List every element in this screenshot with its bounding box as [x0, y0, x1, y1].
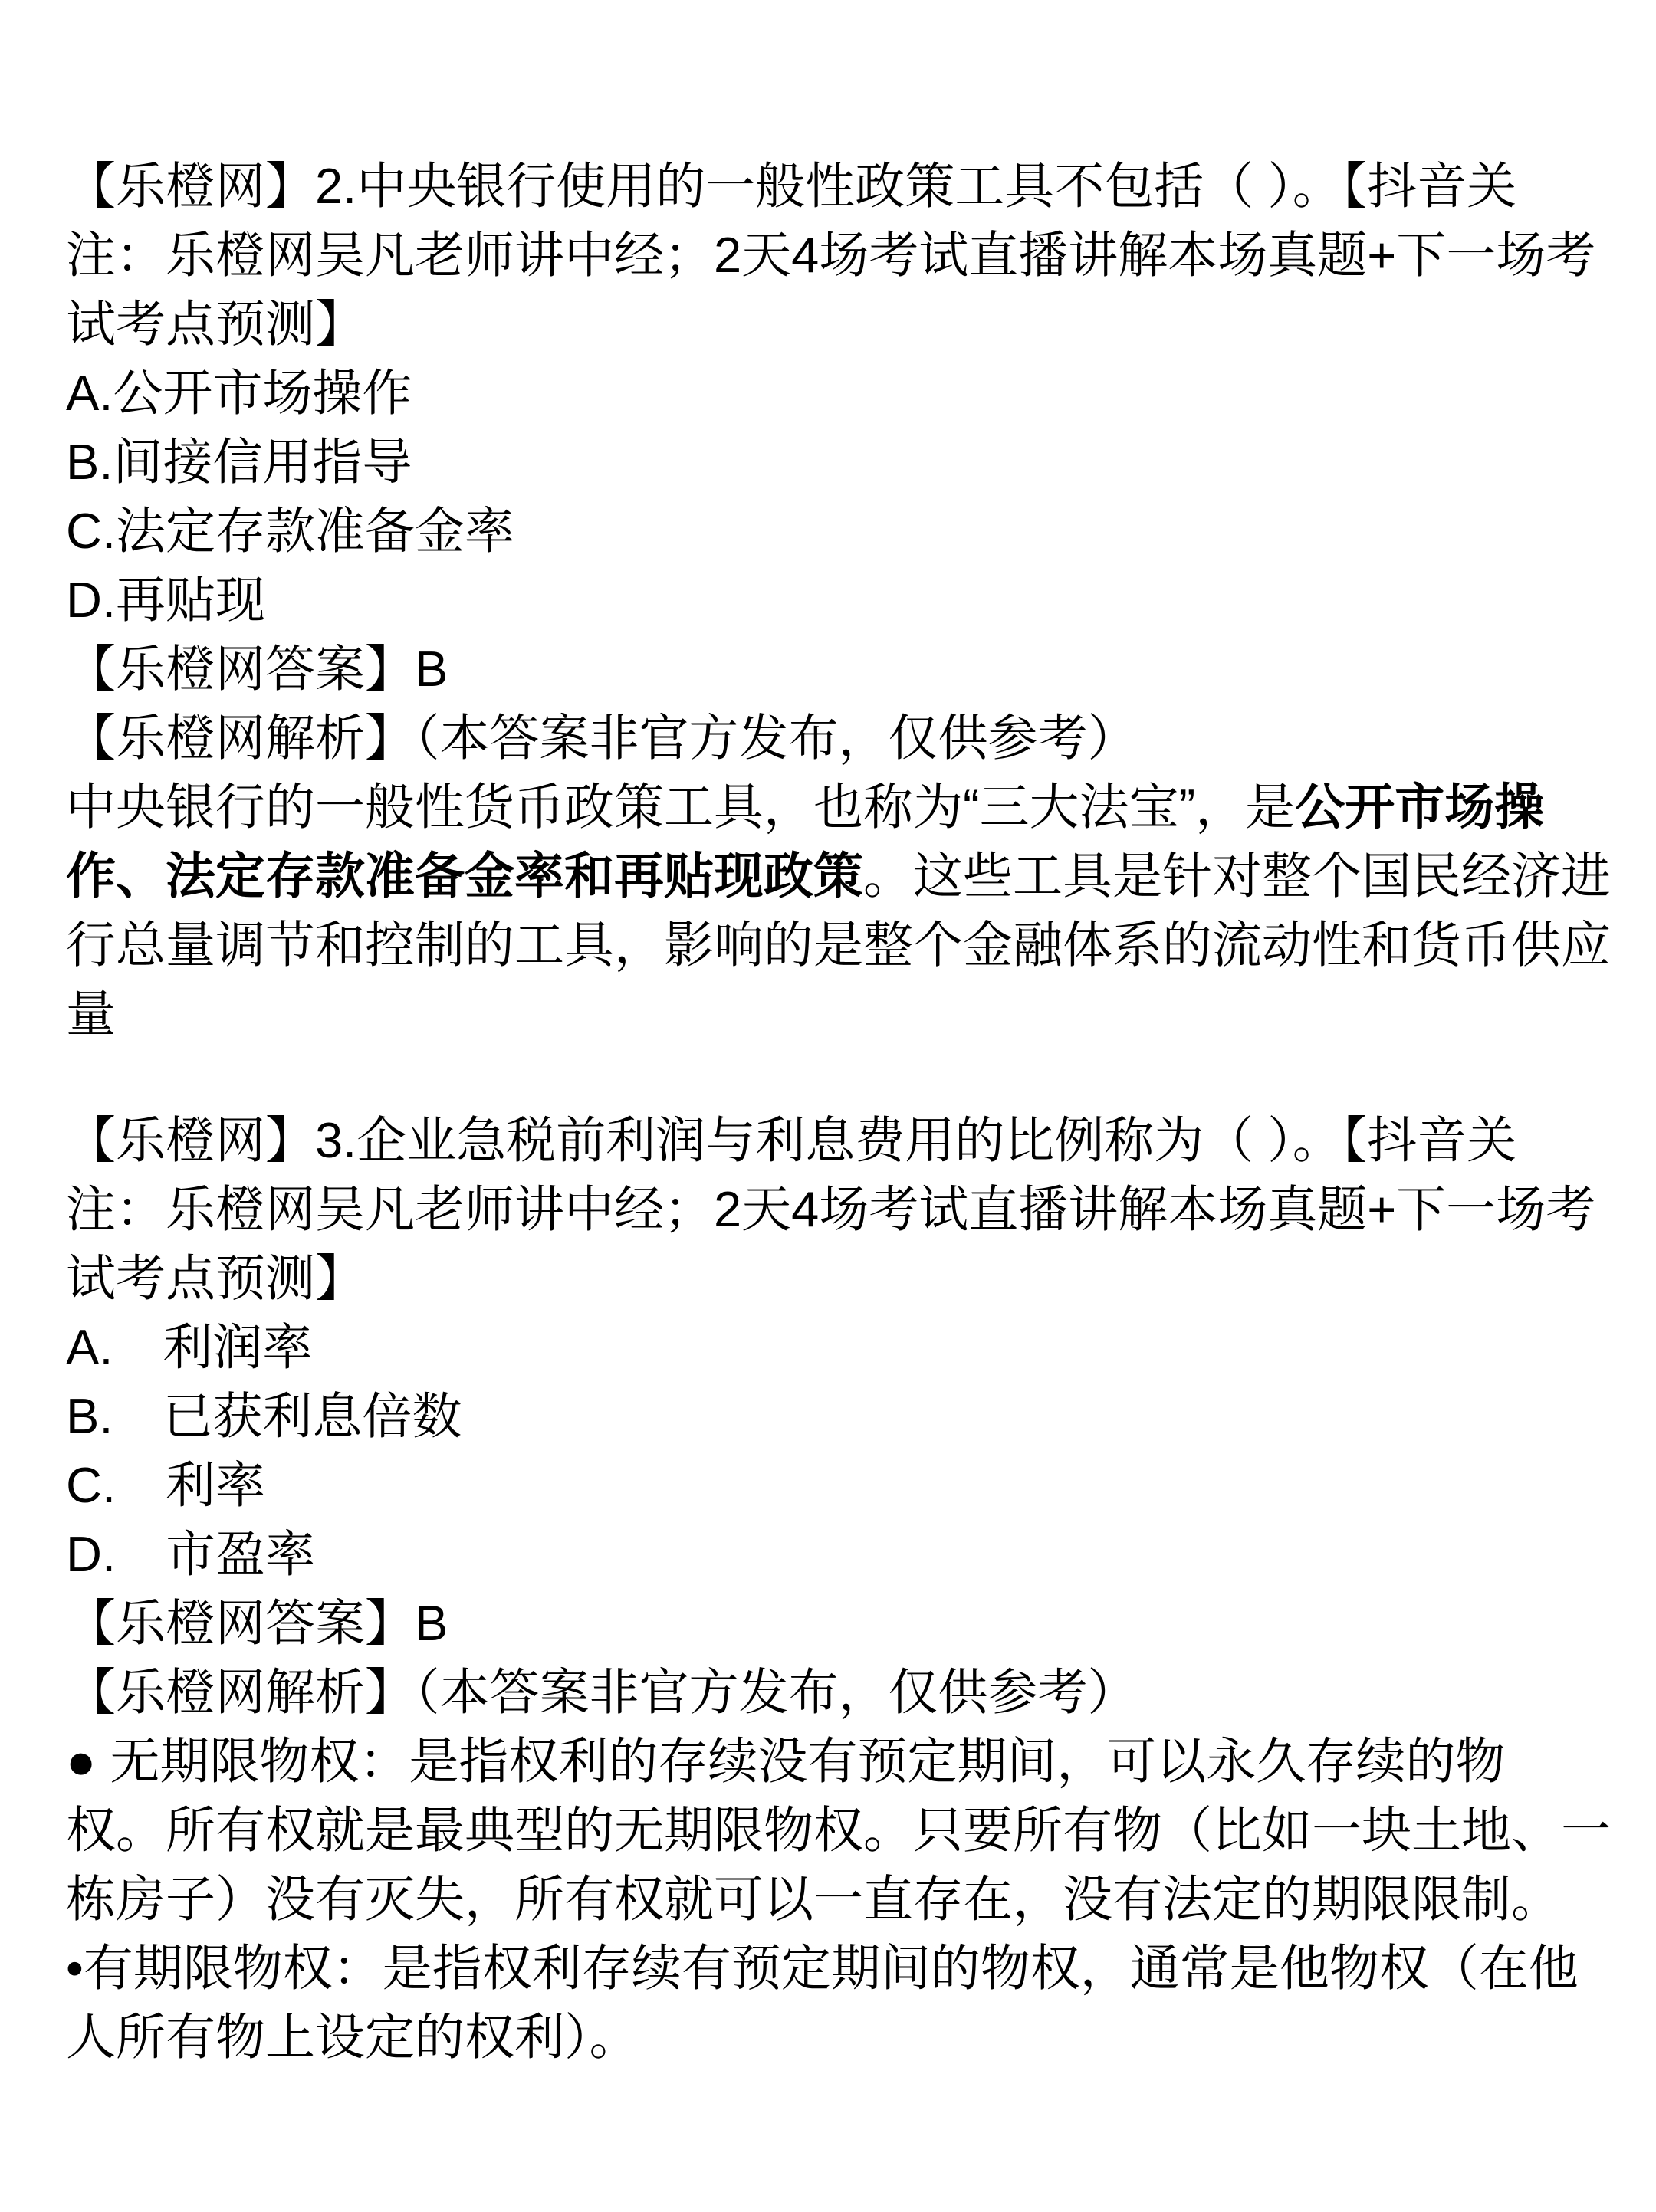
text-segment: •有期限物权：是指权利存续有预定期间的物权，通常是他物权（在他 — [66, 1940, 1579, 1996]
q2-analysis-line-4: 量 — [66, 980, 1596, 1049]
q2-option-a: A.公开市场操作 — [66, 359, 1596, 428]
q3-analysis-bullet1-line-3: 栋房子）没有灭失，所有权就可以一直存在，没有法定的期限限制。 — [66, 1865, 1596, 1934]
bold-text-segment: 公开市场操 — [1295, 779, 1544, 835]
q3-title-line-1: 【乐橙网】3.企业急税前利润与利息费用的比例称为（ ）。【抖音关 — [66, 1106, 1596, 1175]
question-2-block: 【乐橙网】2.中央银行使用的一般性政策工具不包括（ ）。【抖音关注：乐橙网吴凡老… — [66, 152, 1596, 1049]
q3-title-line-3: 试考点预测】 — [66, 1244, 1596, 1313]
q3-option-b: B. 已获利息倍数 — [66, 1382, 1596, 1451]
text-segment: 权。所有权就是最典型的无期限物权。只要所有物（比如一块土地、一 — [66, 1802, 1611, 1858]
text-segment: B.间接信用指导 — [66, 434, 412, 490]
q3-answer-line: 【乐橙网答案】B — [66, 1589, 1596, 1658]
q2-analysis-line-2: 作、法定存款准备金率和再贴现政策。这些工具是针对整个国民经济进 — [66, 842, 1596, 911]
q3-analysis-bullet1-line-2: 权。所有权就是最典型的无期限物权。只要所有物（比如一块土地、一 — [66, 1796, 1596, 1865]
q2-option-b: B.间接信用指导 — [66, 428, 1596, 497]
q3-option-c: C. 利率 — [66, 1451, 1596, 1520]
document-body: 【乐橙网】2.中央银行使用的一般性政策工具不包括（ ）。【抖音关注：乐橙网吴凡老… — [0, 0, 1656, 2072]
text-segment: 栋房子）没有灭失，所有权就可以一直存在，没有法定的期限限制。 — [66, 1871, 1561, 1927]
text-segment: 【乐橙网答案】B — [66, 1595, 448, 1651]
q3-analysis-bullet2-line-2: 人所有物上设定的权利）。 — [66, 2003, 1596, 2072]
q2-analysis-heading-line: 【乐橙网解析】（本答案非官方发布，仅供参考） — [66, 704, 1596, 773]
document-page: 【乐橙网】2.中央银行使用的一般性政策工具不包括（ ）。【抖音关注：乐橙网吴凡老… — [0, 0, 1656, 2072]
text-segment: C. 利率 — [66, 1457, 265, 1513]
q3-analysis-bullet1-line-1: ● 无期限物权：是指权利的存续没有预定期间，可以永久存续的物 — [66, 1727, 1596, 1796]
bold-text-segment: 作、法定存款准备金率和再贴现政策 — [66, 848, 863, 904]
text-segment: 行总量调节和控制的工具，影响的是整个金融体系的流动性和货币供应 — [66, 917, 1611, 973]
text-segment: 【乐橙网解析】（本答案非官方发布，仅供参考） — [66, 1664, 1138, 1720]
text-segment: 中央银行的一般性货币政策工具，也称为“三大法宝”，是 — [66, 779, 1295, 835]
q2-analysis-line-3: 行总量调节和控制的工具，影响的是整个金融体系的流动性和货币供应 — [66, 911, 1596, 980]
text-segment: ● 无期限物权：是指权利的存续没有预定期间，可以永久存续的物 — [66, 1733, 1505, 1789]
blank-line — [66, 1049, 1596, 1106]
q3-analysis-bullet2-line-1: •有期限物权：是指权利存续有预定期间的物权，通常是他物权（在他 — [66, 1934, 1596, 2003]
q2-option-c: C.法定存款准备金率 — [66, 497, 1596, 566]
text-segment: 。这些工具是针对整个国民经济进 — [863, 848, 1611, 904]
section-spacer — [66, 1049, 1596, 1106]
text-segment: B. 已获利息倍数 — [66, 1388, 462, 1444]
text-segment: C.法定存款准备金率 — [66, 503, 514, 559]
q2-answer-line: 【乐橙网答案】B — [66, 635, 1596, 704]
text-segment: 人所有物上设定的权利）。 — [66, 2009, 639, 2065]
q2-analysis-line-1: 中央银行的一般性货币政策工具，也称为“三大法宝”，是公开市场操 — [66, 773, 1596, 842]
q3-option-d: D. 市盈率 — [66, 1520, 1596, 1589]
text-segment: 【乐橙网】3.企业急税前利润与利息费用的比例称为（ ）。【抖音关 — [66, 1112, 1516, 1168]
text-segment: 【乐橙网解析】（本答案非官方发布，仅供参考） — [66, 710, 1138, 766]
q2-title-line-1: 【乐橙网】2.中央银行使用的一般性政策工具不包括（ ）。【抖音关 — [66, 152, 1596, 221]
text-segment: 试考点预测】 — [66, 296, 365, 352]
text-segment: 【乐橙网】2.中央银行使用的一般性政策工具不包括（ ）。【抖音关 — [66, 158, 1516, 214]
q2-title-line-2: 注：乐橙网吴凡老师讲中经；2天4场考试直播讲解本场真题+下一场考 — [66, 221, 1596, 290]
q2-title-line-3: 试考点预测】 — [66, 290, 1596, 359]
text-segment: 试考点预测】 — [66, 1250, 365, 1306]
q3-analysis-heading-line: 【乐橙网解析】（本答案非官方发布，仅供参考） — [66, 1658, 1596, 1727]
question-3-block: 【乐橙网】3.企业急税前利润与利息费用的比例称为（ ）。【抖音关注：乐橙网吴凡老… — [66, 1106, 1596, 2072]
text-segment: A. 利润率 — [66, 1319, 312, 1375]
text-segment: A.公开市场操作 — [66, 365, 412, 421]
text-segment: 量 — [66, 986, 116, 1042]
q3-title-line-2: 注：乐橙网吴凡老师讲中经；2天4场考试直播讲解本场真题+下一场考 — [66, 1175, 1596, 1244]
text-segment: 【乐橙网答案】B — [66, 641, 448, 697]
q3-option-a: A. 利润率 — [66, 1313, 1596, 1382]
text-segment: 注：乐橙网吴凡老师讲中经；2天4场考试直播讲解本场真题+下一场考 — [66, 227, 1595, 283]
text-segment: D. 市盈率 — [66, 1526, 315, 1582]
q2-option-d: D.再贴现 — [66, 566, 1596, 635]
text-segment: 注：乐橙网吴凡老师讲中经；2天4场考试直播讲解本场真题+下一场考 — [66, 1181, 1595, 1237]
text-segment: D.再贴现 — [66, 572, 265, 628]
